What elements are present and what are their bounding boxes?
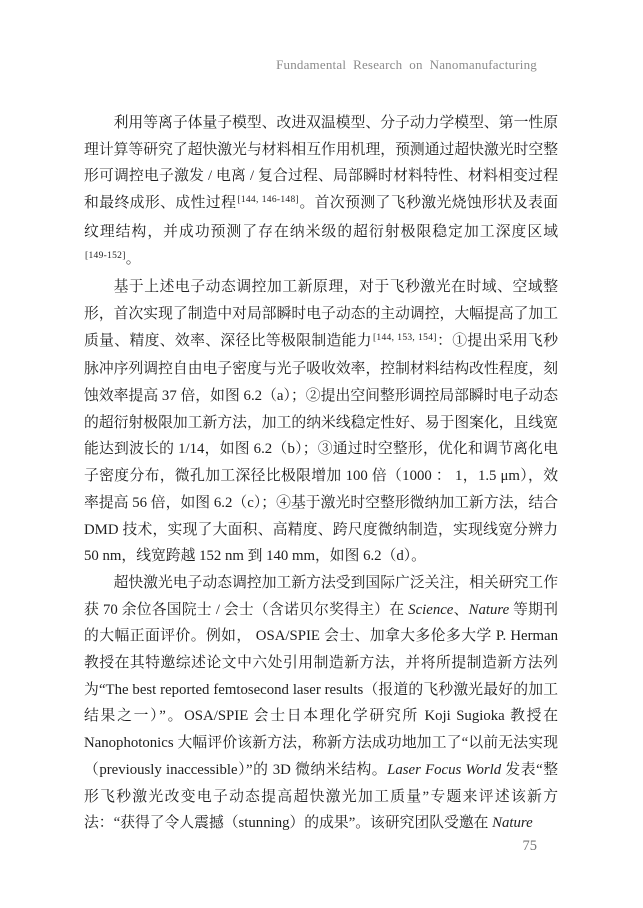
text-run: 、 bbox=[453, 602, 468, 618]
body-text: 利用等离子体量子模型、改进双温模型、分子动力学模型、第一性原理计算等研究了超快激… bbox=[84, 110, 558, 837]
journal-name: Nature bbox=[469, 602, 510, 618]
citation-superscript: [144, 153, 154] bbox=[373, 333, 437, 343]
text-run: ：①提出采用飞秒脉冲序列调控自由电子密度与光子吸收效率，控制材料结构改性程度，刻… bbox=[84, 333, 558, 565]
text-run: 。 bbox=[126, 251, 141, 267]
journal-name: Nature bbox=[492, 815, 533, 831]
paragraph-electron-dynamics-control: 基于上述电子动态调控加工新原理，对于飞秒激光在时域、空域整形，首次实现了制造中对… bbox=[84, 274, 558, 570]
journal-name: Laser Focus World bbox=[387, 762, 501, 778]
running-head: Fundamental Research on Nanomanufacturin… bbox=[276, 57, 537, 73]
journal-name: Science bbox=[408, 602, 453, 618]
text-run: 等期刊的大幅正面评价。例如， OSA/SPIE 会士、加拿大多伦多大学 P. H… bbox=[84, 602, 558, 778]
citation-superscript: [144, 146-148] bbox=[237, 195, 299, 205]
book-page: Fundamental Research on Nanomanufacturin… bbox=[0, 0, 643, 908]
paragraph-modeling: 利用等离子体量子模型、改进双温模型、分子动力学模型、第一性原理计算等研究了超快激… bbox=[84, 110, 558, 274]
page-number: 75 bbox=[523, 838, 538, 855]
citation-superscript: [149-152] bbox=[85, 251, 126, 261]
paragraph-international-recognition: 超快激光电子动态调控加工新方法受到国际广泛关注，相关研究工作获 70 余位各国院… bbox=[84, 570, 558, 837]
